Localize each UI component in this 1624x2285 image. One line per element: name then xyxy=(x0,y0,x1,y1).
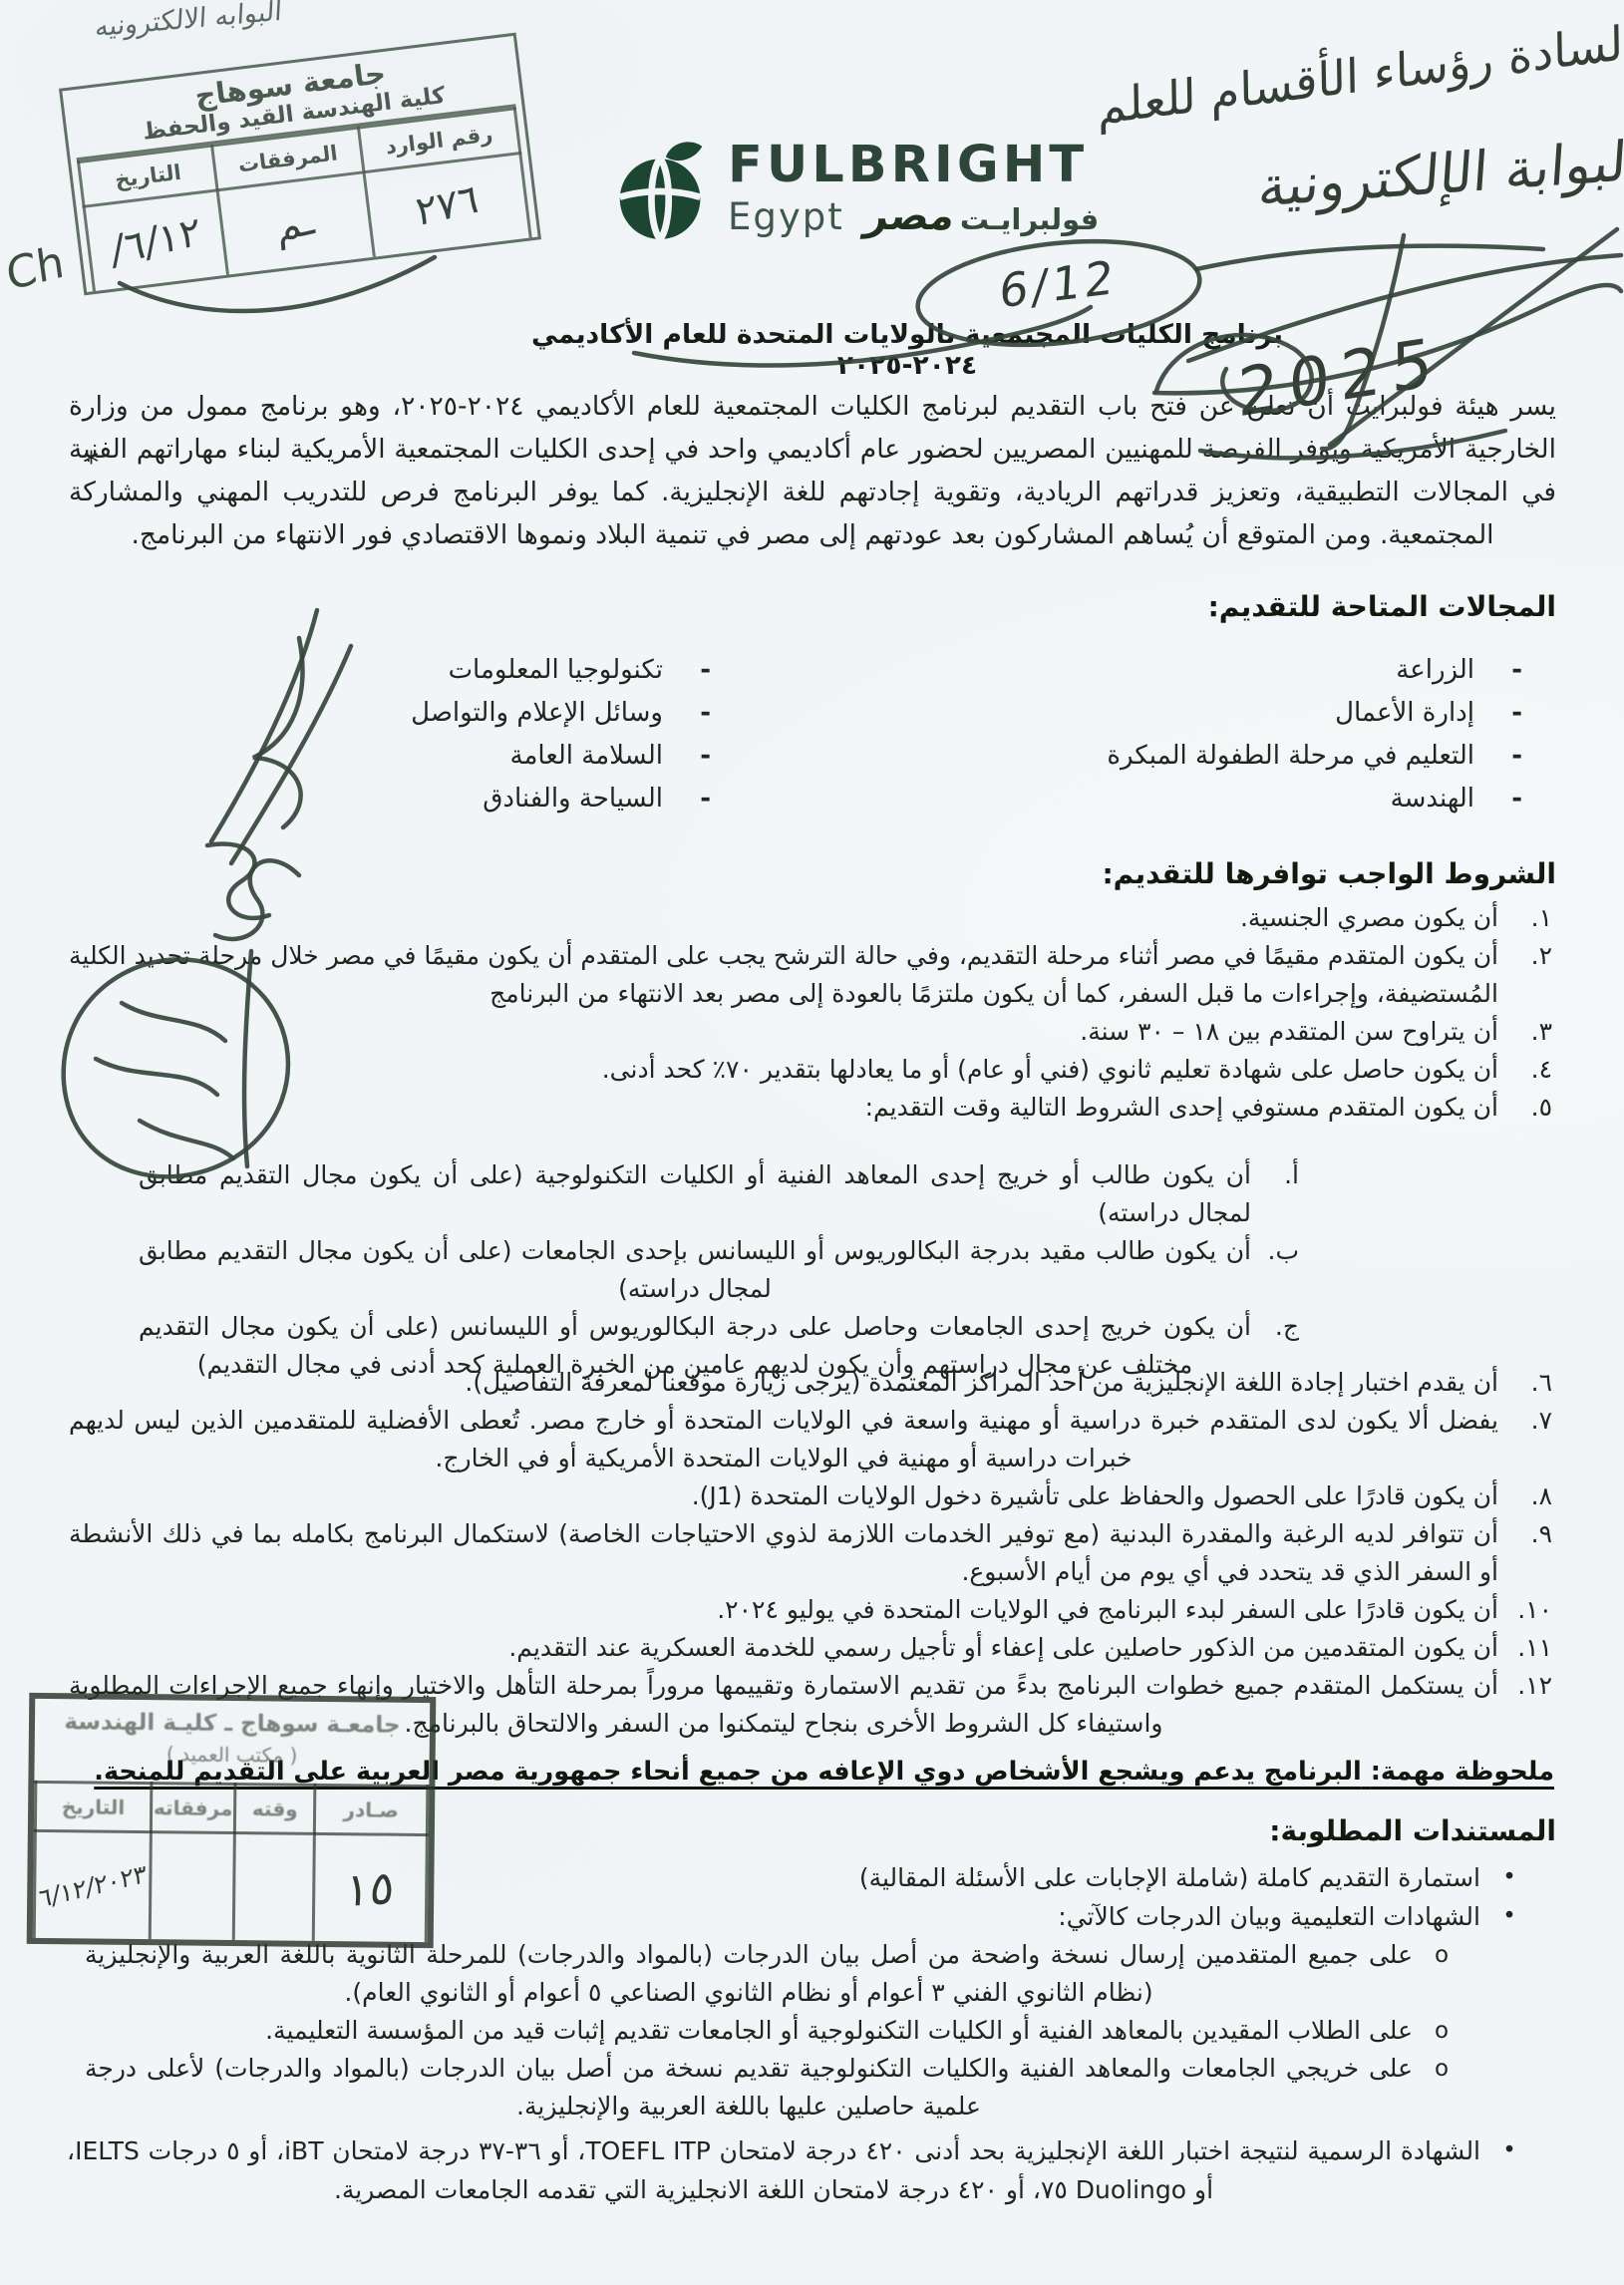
conditions-section-heading: الشروط الواجب توافرها للتقديم: xyxy=(1102,857,1556,890)
field-label: الهندسة xyxy=(1391,784,1474,814)
outgoing-registry-stamp: جامعـة سوهاج ـ كليـة الهندسة ( مكتب العم… xyxy=(27,1693,437,1948)
stamp-value-empty xyxy=(234,1833,315,1941)
dash-marker: - xyxy=(693,784,711,814)
condition-item: ٤.أن يكون حاصل على شهادة تعليم ثانوي (فن… xyxy=(69,1051,1552,1089)
conditions-list-6-12: ٦.أن يقدم اختبار إجادة اللغة الإنجليزية … xyxy=(69,1364,1552,1743)
condition-sub-item: ب.أن يكون طالب مقيد بدرجة البكالوريوس أو… xyxy=(139,1232,1299,1308)
field-item: -إدارة الأعمال xyxy=(1044,691,1522,734)
stamp-col-outgoing: صـادر xyxy=(314,1785,427,1834)
note-label: ملحوظة مهمة: xyxy=(1371,1757,1554,1787)
field-label: الزراعة xyxy=(1396,655,1474,685)
handwritten-initials: Ch xyxy=(3,236,67,301)
incoming-registry-stamp: جامعة سوهاج كلية الهندسة القيد والحفظ رق… xyxy=(59,33,541,296)
condition-item: ٣.أن يتراوح سن المتقدم بين ١٨ – ٣٠ سنة. xyxy=(69,1013,1552,1051)
sub-bullet-icon: o xyxy=(1427,2012,1457,2050)
condition-item: ١١.أن يكون المتقدمين من الذكور حاصلين عل… xyxy=(69,1629,1552,1667)
field-label: السلامة العامة xyxy=(510,741,663,771)
field-item: -التعليم في مرحلة الطفولة المبكرة xyxy=(1044,734,1522,777)
conditions-sub-list: أ.أن يكون طالب أو خريج إحدى المعاهد الفن… xyxy=(139,1156,1299,1384)
intro-paragraph: يسر هيئة فولبرايت أن تعلن عن فتح باب الت… xyxy=(69,385,1556,556)
scanned-document-page: البوابه الالكترونيه جامعة سوهاج كلية اله… xyxy=(0,0,1624,2285)
stamp-value-attachments: ـم xyxy=(275,197,316,252)
dash-marker: - xyxy=(1504,698,1522,728)
condition-item: ٨.أن يكون قادرًا على الحصول والحفاظ على … xyxy=(69,1477,1552,1515)
field-item: -الزراعة xyxy=(1044,648,1522,691)
field-item: -تكنولوجيا المعلومات xyxy=(272,648,711,691)
handwritten-routing-line-2: البوابة الإلكترونية xyxy=(1256,128,1624,218)
stamp-col-number: وقته xyxy=(235,1785,315,1834)
stamp-col-date: التاريخ xyxy=(35,1782,151,1831)
stamp-value-number: ٢٧٦ xyxy=(414,175,481,236)
stamp-university-line: جامعـة سوهاج ـ كليـة الهندسة xyxy=(35,1709,430,1739)
field-label: السياحة والفنادق xyxy=(483,784,663,814)
field-label: التعليم في مرحلة الطفولة المبكرة xyxy=(1107,741,1474,771)
handwritten-date-6-12: 6/12 xyxy=(998,249,1119,318)
document-title: برنامج الكليات المجتمعية بالولايات المتح… xyxy=(523,319,1291,381)
stamp-value-empty xyxy=(150,1832,235,1940)
stamp-col-attachments: مرفقاته xyxy=(151,1784,235,1833)
fulbright-wordmark: FULBRIGHT xyxy=(728,140,1099,190)
field-item: -وسائل الإعلام والتواصل xyxy=(272,691,711,734)
handwritten-routing-line-1: السادة رؤساء الأقسام للعلم xyxy=(1097,15,1624,137)
logo-arabic-brand: فولبرايـت xyxy=(960,202,1099,236)
stamp-value-date: ٦/١٢/ xyxy=(110,208,202,275)
dash-marker: - xyxy=(693,655,711,685)
condition-item: ٩.أن تتوافر لديه الرغبة والمقدرة البدنية… xyxy=(69,1515,1552,1591)
stamp-value-date: ٦/١٢/٢٠٢٣ xyxy=(38,1858,148,1913)
condition-item: ١.أن يكون مصري الجنسية. xyxy=(69,899,1552,937)
field-item: -السياحة والفنادق xyxy=(272,777,711,819)
condition-item: ٢.أن يكون المتقدم مقيمًا في مصر أثناء مر… xyxy=(69,937,1552,1013)
dash-marker: - xyxy=(1504,741,1522,771)
condition-item: ١٠.أن يكون قادرًا على السفر لبدء البرنام… xyxy=(69,1591,1552,1629)
conditions-list-1-5: ١.أن يكون مصري الجنسية. ٢.أن يكون المتقد… xyxy=(69,899,1552,1127)
documents-section-heading: المستندات المطلوبة: xyxy=(1269,1814,1556,1847)
fields-section-heading: المجالات المتاحة للتقديم: xyxy=(1208,590,1556,623)
condition-item: ٦.أن يقدم اختبار إجادة اللغة الإنجليزية … xyxy=(69,1364,1552,1402)
dash-marker: - xyxy=(693,741,711,771)
margin-asterisk: * xyxy=(84,446,99,481)
condition-item: ٧.يفضل ألا يكون لدى المتقدم خبرة دراسية … xyxy=(69,1402,1552,1477)
fulbright-globe-icon xyxy=(614,140,710,241)
documents-last-bullet: •الشهادة الرسمية لنتيجة اختبار اللغة الإ… xyxy=(67,2131,1524,2209)
logo-egypt-text: Egypt xyxy=(728,198,844,235)
dash-marker: - xyxy=(1504,655,1522,685)
fields-column-right: -الزراعة -إدارة الأعمال -التعليم في مرحل… xyxy=(1044,648,1522,819)
fulbright-logo: FULBRIGHT Egypt فولبرايـت مصر xyxy=(614,140,1099,241)
document-sub-bullet: oعلى جميع المتقدمين إرسال نسخة واضحة من … xyxy=(85,1936,1457,2012)
stamp-office-line: ( مكتب العميد ) xyxy=(35,1741,430,1769)
field-label: إدارة الأعمال xyxy=(1335,698,1474,728)
bullet-icon: • xyxy=(1494,1858,1524,1897)
fields-column-left: -تكنولوجيا المعلومات -وسائل الإعلام والت… xyxy=(272,648,711,819)
sub-bullet-icon: o xyxy=(1427,1936,1457,2012)
bullet-icon: • xyxy=(1494,1897,1524,1936)
bullet-icon: • xyxy=(1494,2131,1524,2209)
dash-marker: - xyxy=(693,698,711,728)
document-sub-bullet: oعلى خريجي الجامعات والمعاهد الفنية والك… xyxy=(85,2050,1457,2125)
condition-sub-item: أ.أن يكون طالب أو خريج إحدى المعاهد الفن… xyxy=(139,1156,1299,1232)
condition-item: ٥.أن يكون المتقدم مستوفي إحدى الشروط الت… xyxy=(69,1089,1552,1127)
field-label: وسائل الإعلام والتواصل xyxy=(411,698,663,728)
logo-arabic-masr: مصر xyxy=(862,196,960,236)
field-label: تكنولوجيا المعلومات xyxy=(449,655,663,685)
field-item: -الهندسة xyxy=(1044,777,1522,819)
stamp-table: صـادر وقته مرفقاته التاريخ ١٥ ٦/١٢/٢٠٢٣ xyxy=(33,1781,430,1942)
dash-marker: - xyxy=(1504,784,1522,814)
document-sub-bullet: oعلى الطلاب المقيدين بالمعاهد الفنية أو … xyxy=(85,2012,1457,2050)
documents-sub-bullet-list: oعلى جميع المتقدمين إرسال نسخة واضحة من … xyxy=(85,1936,1457,2125)
sub-bullet-icon: o xyxy=(1427,2050,1457,2125)
field-item: -السلامة العامة xyxy=(272,734,711,777)
handwritten-note-top-left: البوابه الالكترونيه xyxy=(95,0,283,43)
stamp-value-outgoing-number: ١٥ xyxy=(343,1860,397,1917)
